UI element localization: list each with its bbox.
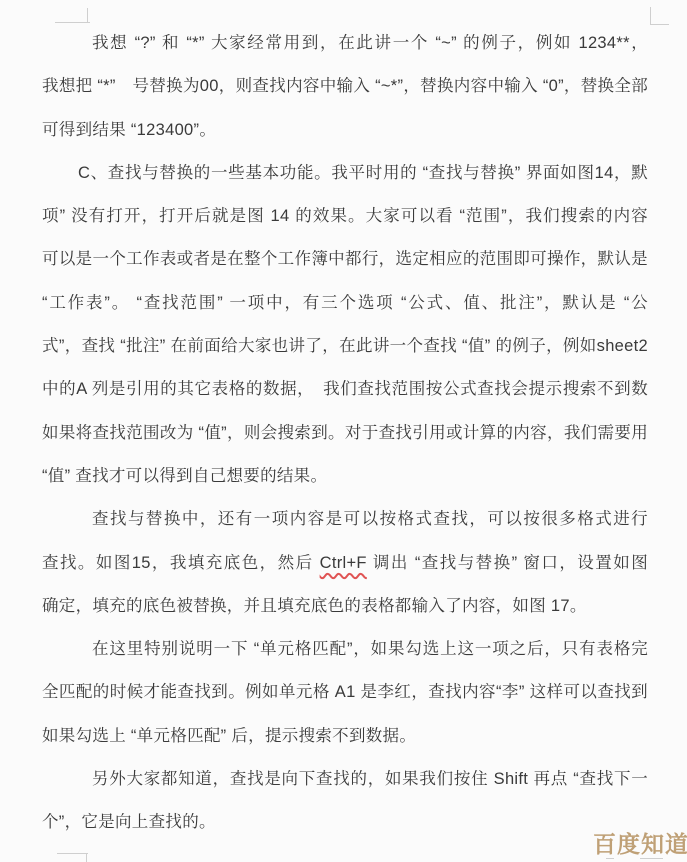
text-line: 可以是一个工作表或者是在整个工作簿中都行，选定相应的范围即可操作，默认是 — [42, 238, 648, 281]
margin-corner-mark-top-right-vertical — [650, 7, 651, 25]
text-segment: 如果将查找范围改为 “值”，则会搜索到。对于查找引用或计算的内容，我们需要用 — [42, 424, 648, 442]
baidu-zhidao-watermark: 百度知道 — [593, 826, 687, 859]
text-segment: 式”，查找 “批注” 在前面给大家也讲了，在此讲一个查找 “值” 的例子，例如s… — [42, 337, 648, 355]
text-segment: 另外大家都知道，查找是向下查找的，如果我们按住 Shift 再点 “查找下一 — [92, 770, 648, 788]
text-segment: 全匹配的时候才能查找到。例如单元格 A1 是李红，查找内容“李” 这样可以查找到… — [42, 683, 648, 714]
text-segment: 查找与替换中，还有一项内容是可以按格式查找，可以按很多格式进行 — [92, 510, 648, 528]
text-segment: “值” 查找才可以得到自己想要的结果。 — [42, 467, 327, 485]
text-line: C、查找与替换的一些基本功能。我平时用的 “查找与替换” 界面如图14，默认的是… — [42, 152, 648, 195]
text-line: 另外大家都知道，查找是向下查找的，如果我们按住 Shift 再点 “查找下一 — [42, 758, 648, 801]
text-segment: C、查找与替换的一些基本功能。我平时用的 “查找与替换” 界面如图14，默认的是… — [42, 164, 648, 195]
text-segment: 可以是一个工作表或者是在整个工作簿中都行，选定相应的范围即可操作，默认是 — [42, 250, 648, 268]
text-segment: 中的A 列是引用的其它表格的数据， 我们查找范围按公式查找会提示搜索不到数据， — [42, 380, 648, 411]
text-segment: 项” 没有打开，打开后就是图 14 的效果。大家可以看 “范围”，我们搜索的内容 — [42, 207, 648, 225]
text-line: 查找。如图15，我填充底色，然后 Ctrl+F 调出 “查找与替换” 窗口，设置… — [42, 542, 648, 585]
text-line: 中的A 列是引用的其它表格的数据， 我们查找范围按公式查找会提示搜索不到数据， — [42, 368, 648, 411]
text-line: 确定，填充的底色被替换，并且填充底色的表格都输入了内容，如图 17。 — [42, 585, 648, 628]
text-line: “工作表”。 “查找范围” 一项中，有三个选项 “公式、值、批注”，默认是 “公 — [42, 282, 648, 325]
text-line: 全匹配的时候才能查找到。例如单元格 A1 是李红，查找内容“李” 这样可以查找到… — [42, 671, 648, 714]
text-line: 我想把 “*” 号替换为00，则查找内容中输入 “~*”，替换内容中输入 “0”… — [42, 65, 648, 108]
text-segment: “工作表”。 “查找范围” 一项中，有三个选项 “公式、值、批注”，默认是 “公 — [42, 294, 648, 312]
text-line: 如果勾选上 “单元格匹配” 后，提示搜索不到数据。 — [42, 715, 648, 758]
margin-corner-mark-top-right-horizontal — [650, 24, 669, 25]
text-segment: 查找。如图15，我填充底色，然后 — [42, 554, 320, 572]
text-line: 在这里特别说明一下 “单元格匹配”，如果勾选上这一项之后，只有表格完 — [42, 628, 648, 671]
document-page: 我想 “?” 和 “*” 大家经常用到，在此讲一个 “~” 的例子，例如 123… — [0, 0, 687, 862]
text-line: 个”，它是向上查找的。 — [42, 801, 648, 844]
text-line: “值” 查找才可以得到自己想要的结果。 — [42, 455, 648, 498]
spellcheck-flagged-term: Ctrl+F — [320, 554, 367, 572]
margin-corner-mark-bottom-left-horizontal — [57, 853, 88, 854]
text-line: 可得到结果 “123400”。 — [42, 109, 648, 152]
text-line: 式”，查找 “批注” 在前面给大家也讲了，在此讲一个查找 “值” 的例子，例如s… — [42, 325, 648, 368]
text-segment: 个”，它是向上查找的。 — [42, 813, 216, 831]
text-segment: 在这里特别说明一下 “单元格匹配”，如果勾选上这一项之后，只有表格完 — [92, 640, 648, 658]
text-segment: 确定，填充的底色被替换，并且填充底色的表格都输入了内容，如图 17。 — [42, 597, 587, 615]
text-line: 项” 没有打开，打开后就是图 14 的效果。大家可以看 “范围”，我们搜索的内容 — [42, 195, 648, 238]
text-segment: 如果勾选上 “单元格匹配” 后，提示搜索不到数据。 — [42, 727, 416, 745]
document-text: 我想 “?” 和 “*” 大家经常用到，在此讲一个 “~” 的例子，例如 123… — [42, 22, 648, 845]
text-segment: 我想把 “*” 号替换为00，则查找内容中输入 “~*”，替换内容中输入 “0”… — [42, 77, 648, 108]
margin-corner-mark-top-left-vertical — [87, 8, 88, 23]
text-segment: 我想 “?” 和 “*” 大家经常用到，在此讲一个 “~” 的例子，例如 123… — [92, 34, 648, 52]
text-line: 查找与替换中，还有一项内容是可以按格式查找，可以按很多格式进行 — [42, 498, 648, 541]
text-line: 我想 “?” 和 “*” 大家经常用到，在此讲一个 “~” 的例子，例如 123… — [42, 22, 648, 65]
text-line: 如果将查找范围改为 “值”，则会搜索到。对于查找引用或计算的内容，我们需要用 — [42, 412, 648, 455]
margin-corner-mark-bottom-left-vertical — [86, 853, 87, 862]
text-segment: 可得到结果 “123400”。 — [42, 121, 216, 139]
